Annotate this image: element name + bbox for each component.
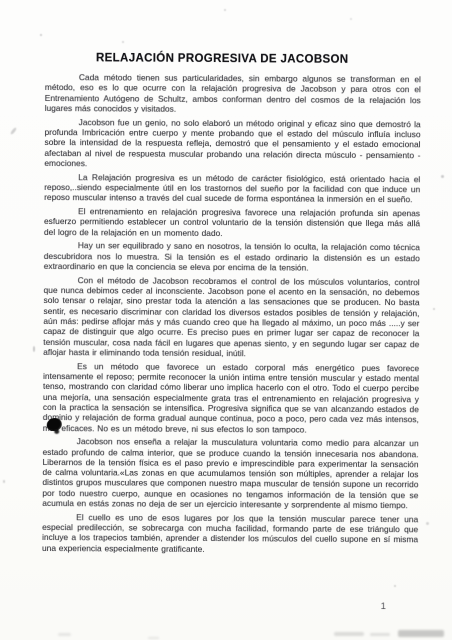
page-content: RELAJACIÓN PROGRESIVA DE JACOBSON Cada m… [0,0,452,640]
paragraph: El cuello es uno de esos lugares por los… [42,512,418,555]
paragraph: Hay un ser equilibrado y sano en nosotro… [44,240,420,273]
paragraph: Cada método tienen sus particularidades,… [45,72,421,115]
paragraph: El entrenamiento en relajación progresiv… [44,206,420,239]
paragraph: La Relajación progresiva es un método de… [44,172,420,205]
document-title: RELAJACIÓN PROGRESIVA DE JACOBSON [96,52,349,66]
page-number: 1 [381,601,386,612]
paragraph: Jacobson nos enseña a relajar la muscula… [42,436,418,510]
paragraph: Jacobson fue un genio, no solo elaboró u… [44,117,420,171]
paragraph: Es un método que favorece un estado corp… [43,361,419,435]
document-body: Cada método tienen sus particularidades,… [42,72,421,559]
scanned-page: RELAJACIÓN PROGRESIVA DE JACOBSON Cada m… [0,0,452,640]
paragraph: Con el método de Jacobson recobramos el … [43,275,419,360]
